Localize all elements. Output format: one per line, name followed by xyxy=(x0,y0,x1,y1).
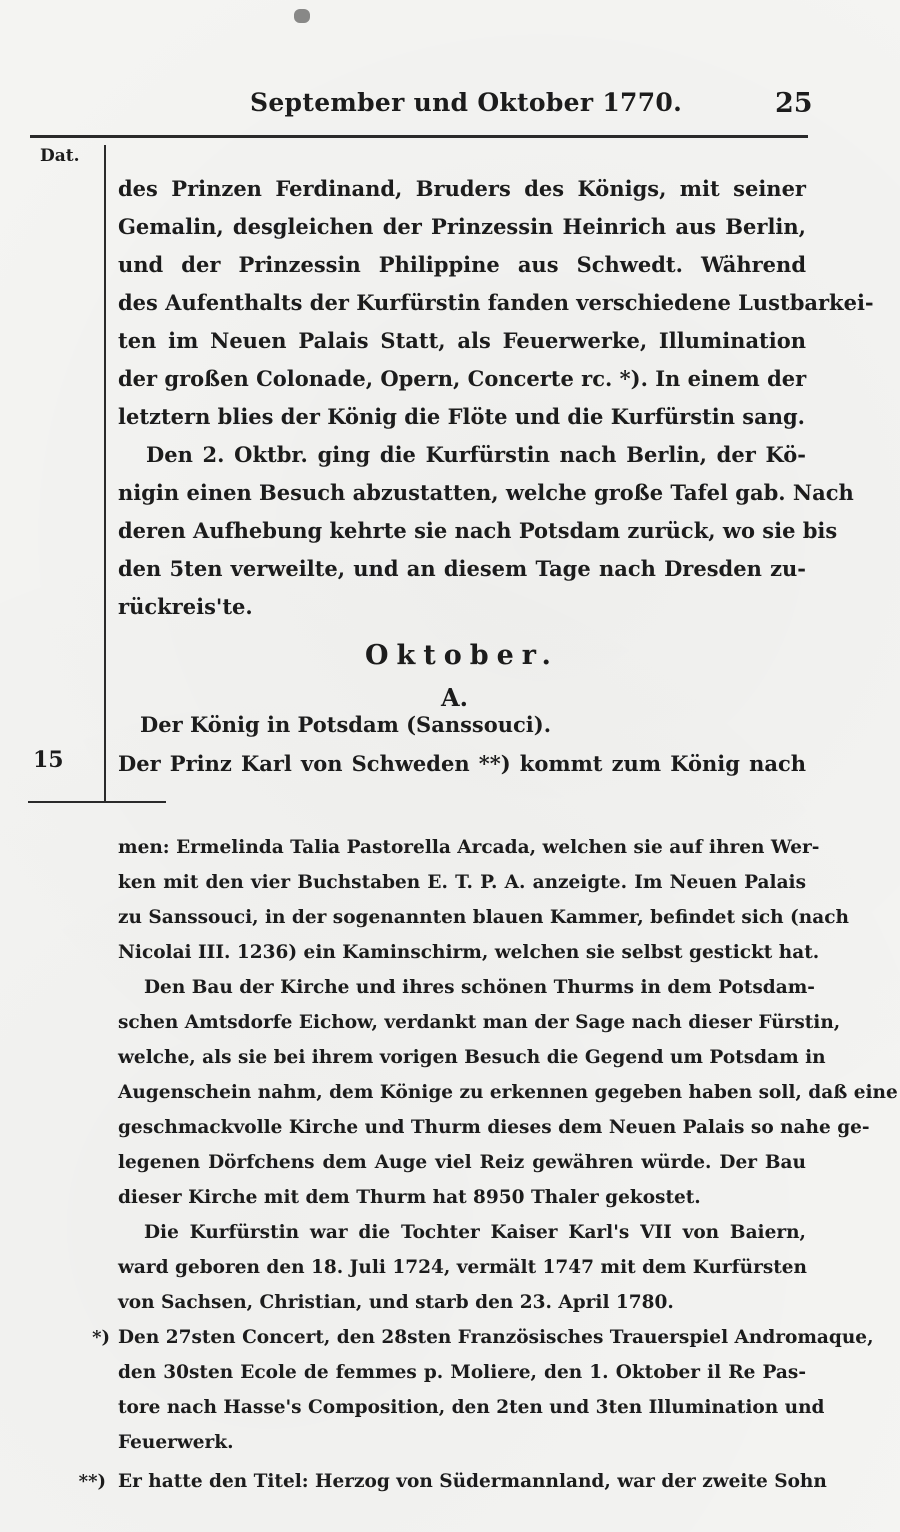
footnote-line: Nicolai III. 1236) ein Kaminschirm, welc… xyxy=(118,935,806,970)
footnote-line: Augenschein nahm, dem Könige zu erkennen… xyxy=(118,1075,806,1110)
text-line: ten im Neuen Palais Statt, als Feuerwerk… xyxy=(118,322,806,360)
footnote-line: welche, als sie bei ihrem vorigen Besuch… xyxy=(118,1040,806,1075)
footnote-line: den 30sten Ecole de femmes p. Moliere, d… xyxy=(118,1355,806,1390)
header-rule xyxy=(30,135,808,138)
footnote-star: *) Den 27sten Concert, den 28sten Franzö… xyxy=(118,1320,806,1460)
footnote-rule xyxy=(28,801,166,803)
date-column-label: Dat. xyxy=(40,146,80,166)
footnote-marker: *) xyxy=(50,1320,110,1355)
footnote-continuation: men: Ermelinda Talia Pastorella Arcada, … xyxy=(118,830,806,1320)
text-line: Der Prinz Karl von Schweden **) kommt zu… xyxy=(118,745,806,783)
footnote-line: schen Amtsdorfe Eichow, verdankt man der… xyxy=(118,1005,806,1040)
footnote-line: Er hatte den Titel: Herzog von Südermann… xyxy=(118,1464,806,1499)
footnote-line: von Sachsen, Christian, und starb den 23… xyxy=(118,1285,806,1320)
footnote-line: men: Ermelinda Talia Pastorella Arcada, … xyxy=(118,830,806,865)
text-line: und der Prinzessin Philippine aus Schwed… xyxy=(118,246,806,284)
section-heading: Oktober. xyxy=(365,640,559,671)
footnote-line: Den Bau der Kirche und ihres schönen Thu… xyxy=(118,970,806,1005)
section-subtitle: Der König in Potsdam (Sanssouci). xyxy=(140,712,551,737)
footnote-double-star: **) Er hatte den Titel: Herzog von Süder… xyxy=(118,1464,806,1499)
entry-date: 15 xyxy=(33,747,64,773)
text-line: letztern blies der König die Flöte und d… xyxy=(118,398,806,436)
running-title: September und Oktober 1770. xyxy=(250,88,682,117)
footnote-line: geschmackvolle Kirche und Thurm dieses d… xyxy=(118,1110,806,1145)
text-line: Gemalin, desgleichen der Prinzessin Hein… xyxy=(118,208,806,246)
footnote-marker: **) xyxy=(46,1464,106,1499)
text-line: des Aufenthalts der Kurfürstin fanden ve… xyxy=(118,284,806,322)
text-line: Den 2. Oktbr. ging die Kurfürstin nach B… xyxy=(118,436,806,474)
section-letter: A. xyxy=(441,683,468,712)
footnote-line: Den 27sten Concert, den 28sten Französis… xyxy=(118,1320,806,1355)
footnotes: men: Ermelinda Talia Pastorella Arcada, … xyxy=(118,830,806,1499)
footnote-line: legenen Dörfchens dem Auge viel Reiz gew… xyxy=(118,1145,806,1180)
page-number: 25 xyxy=(775,88,813,119)
text-line: nigin einen Besuch abzustatten, welche g… xyxy=(118,474,806,512)
entry-text: Der Prinz Karl von Schweden **) kommt zu… xyxy=(118,745,806,783)
text-line: der großen Colonade, Opern, Concerte rc.… xyxy=(118,360,806,398)
text-line: deren Aufhebung kehrte sie nach Potsdam … xyxy=(118,512,806,550)
footnote-line: tore nach Hasse's Composition, den 2ten … xyxy=(118,1390,806,1425)
ink-blot xyxy=(294,9,310,23)
footnote-line: ward geboren den 18. Juli 1724, vermält … xyxy=(118,1250,806,1285)
footnote-line: zu Sanssouci, in der sogenannten blauen … xyxy=(118,900,806,935)
footnote-line: ken mit den vier Buchstaben E. T. P. A. … xyxy=(118,865,806,900)
footnote-line: Die Kurfürstin war die Tochter Kaiser Ka… xyxy=(118,1215,806,1250)
main-text: des Prinzen Ferdinand, Bruders des König… xyxy=(118,170,806,626)
footnote-line: Feuerwerk. xyxy=(118,1425,806,1460)
footnote-line: dieser Kirche mit dem Thurm hat 8950 Tha… xyxy=(118,1180,806,1215)
text-line: des Prinzen Ferdinand, Bruders des König… xyxy=(118,170,806,208)
text-line: rückreis'te. xyxy=(118,588,806,626)
book-page: September und Oktober 1770. 25 Dat. des … xyxy=(0,0,900,1532)
running-header: September und Oktober 1770. 25 xyxy=(0,88,900,128)
text-line: den 5ten verweilte, und an diesem Tage n… xyxy=(118,550,806,588)
date-column-divider xyxy=(104,145,106,801)
